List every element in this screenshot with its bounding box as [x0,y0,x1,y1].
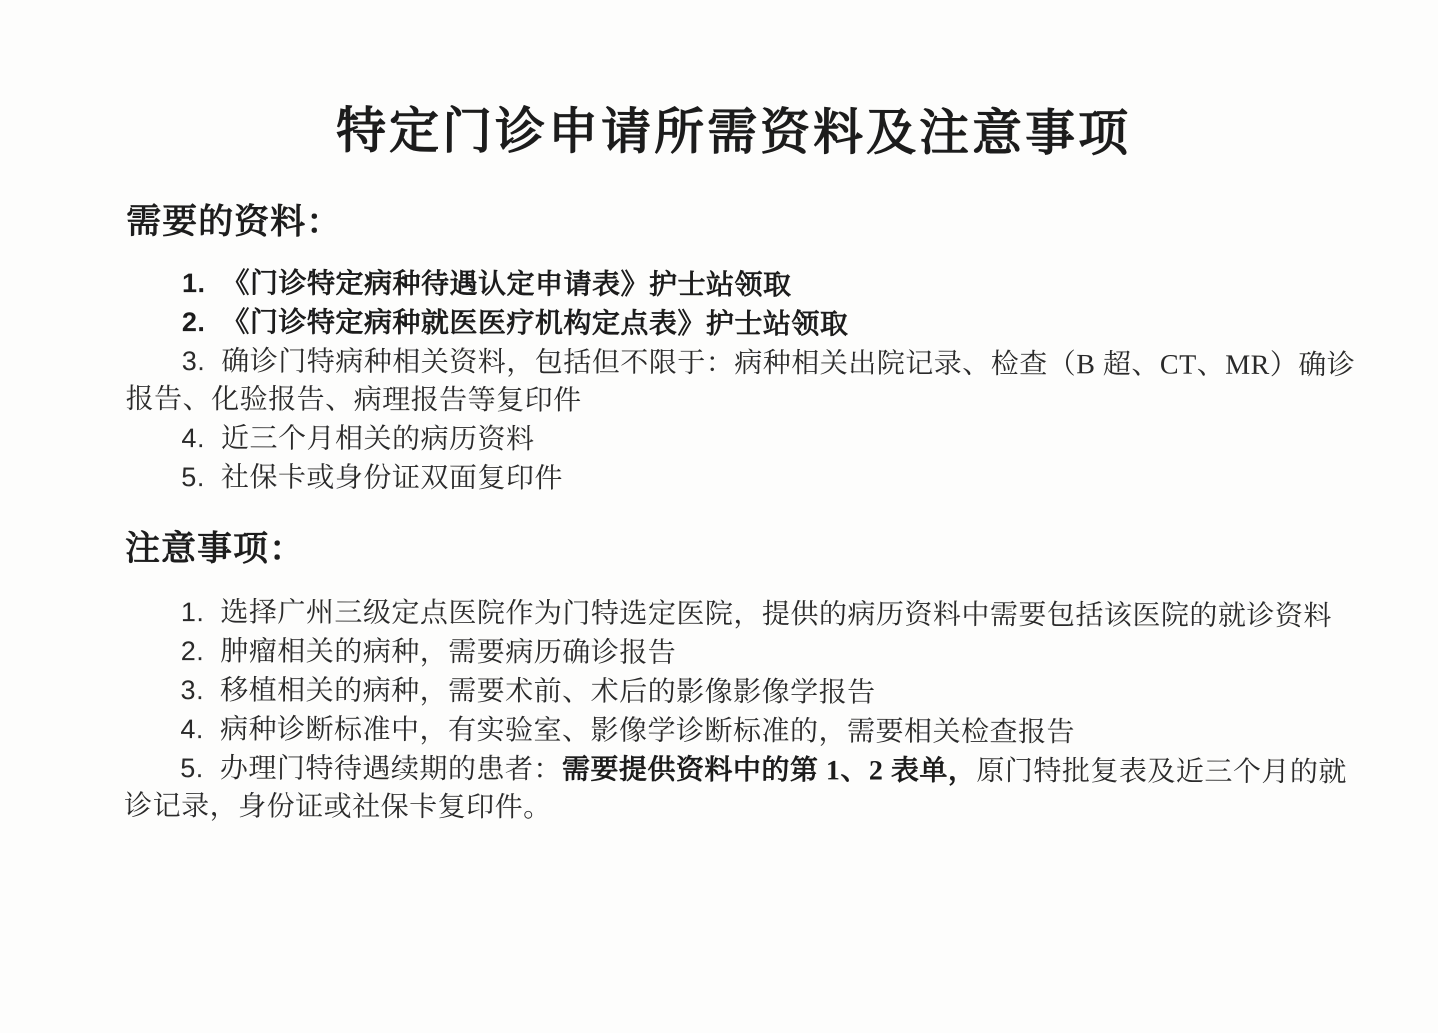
list-item: 1.选择广州三级定点医院作为门特选定医院，提供的病历资料中需要包括该医院的就诊资… [125,593,1366,636]
list-item: 4.近三个月相关的病历资料 [125,419,1366,462]
item-number: 2. [182,303,206,341]
item-text: 近三个月相关的病历资料 [221,423,535,455]
item-text: 移植相关的病种，需要术前、术后的影像影像学报告 [220,675,876,708]
item-number: 5. [181,458,205,496]
list-item: 1.《门诊特定病种待遇认定申请表》护士站领取 [126,264,1367,307]
item-number: 4. [180,710,204,748]
item-text: 病种诊断标准中，有实验室、影像学诊断标准的，需要相关检查报告 [220,714,1075,748]
document-content: 特定门诊申请所需资料及注意事项 需要的资料： 1.《门诊特定病种待遇认定申请表》… [0,0,1438,831]
required-materials-list: 1.《门诊特定病种待遇认定申请表》护士站领取 2.《门诊特定病种就医医疗机构定点… [125,264,1367,501]
list-item: 3.移植相关的病种，需要术前、术后的影像影像学报告 [125,671,1366,714]
item-text-bold: 需要提供资料中的第 1、2 表单， [562,754,977,786]
item-number: 1. [181,593,205,631]
list-item: 4.病种诊断标准中，有实验室、影像学诊断标准的，需要相关检查报告 [124,710,1365,753]
section-required-materials: 需要的资料： 1.《门诊特定病种待遇认定申请表》护士站领取 2.《门诊特定病种就… [125,194,1367,501]
item-text: 肿瘤相关的病种，需要病历确诊报告 [220,636,676,669]
scanned-document-page: 特定门诊申请所需资料及注意事项 需要的资料： 1.《门诊特定病种待遇认定申请表》… [0,0,1438,1033]
item-text: 选择广州三级定点医院作为门特选定医院，提供的病历资料中需要包括该医院的就诊资料 [220,597,1332,632]
list-item: 3.确诊门特病种相关资料，包括但不限于：病种相关出院记录、检查（B 超、CT、M… [126,342,1367,423]
item-text: 《门诊特定病种待遇认定申请表》护士站领取 [221,268,791,301]
item-text-prefix: 办理门特待遇续期的患者： [220,753,562,785]
item-number: 3. [182,342,206,380]
item-text: 《门诊特定病种就医医疗机构定点表》护士站领取 [221,307,848,340]
item-number: 2. [181,632,205,670]
list-item: 2.《门诊特定病种就医医疗机构定点表》护士站领取 [126,303,1367,346]
item-number: 3. [181,671,205,709]
item-number: 5. [180,749,204,787]
item-number: 1. [182,264,206,302]
item-text: 社保卡或身份证双面复印件 [221,462,563,494]
document-body: 需要的资料： 1.《门诊特定病种待遇认定申请表》护士站领取 2.《门诊特定病种就… [124,194,1367,830]
document-title: 特定门诊申请所需资料及注意事项 [89,90,1377,166]
list-item: 5.社保卡或身份证双面复印件 [125,458,1366,501]
section-notes: 注意事项： 1.选择广州三级定点医院作为门特选定医院，提供的病历资料中需要包括该… [124,521,1366,830]
list-item: 2.肿瘤相关的病种，需要病历确诊报告 [125,632,1366,675]
item-text: 确诊门特病种相关资料，包括但不限于：病种相关出院记录、检查（B 超、CT、MR）… [126,346,1356,416]
notes-list: 1.选择广州三级定点医院作为门特选定医院，提供的病历资料中需要包括该医院的就诊资… [124,593,1366,830]
item-number: 4. [181,419,205,457]
section-heading: 需要的资料： [126,194,1367,248]
list-item: 5.办理门特待遇续期的患者：需要提供资料中的第 1、2 表单，原门特批复表及近三… [124,749,1365,830]
section-heading: 注意事项： [125,521,1366,575]
